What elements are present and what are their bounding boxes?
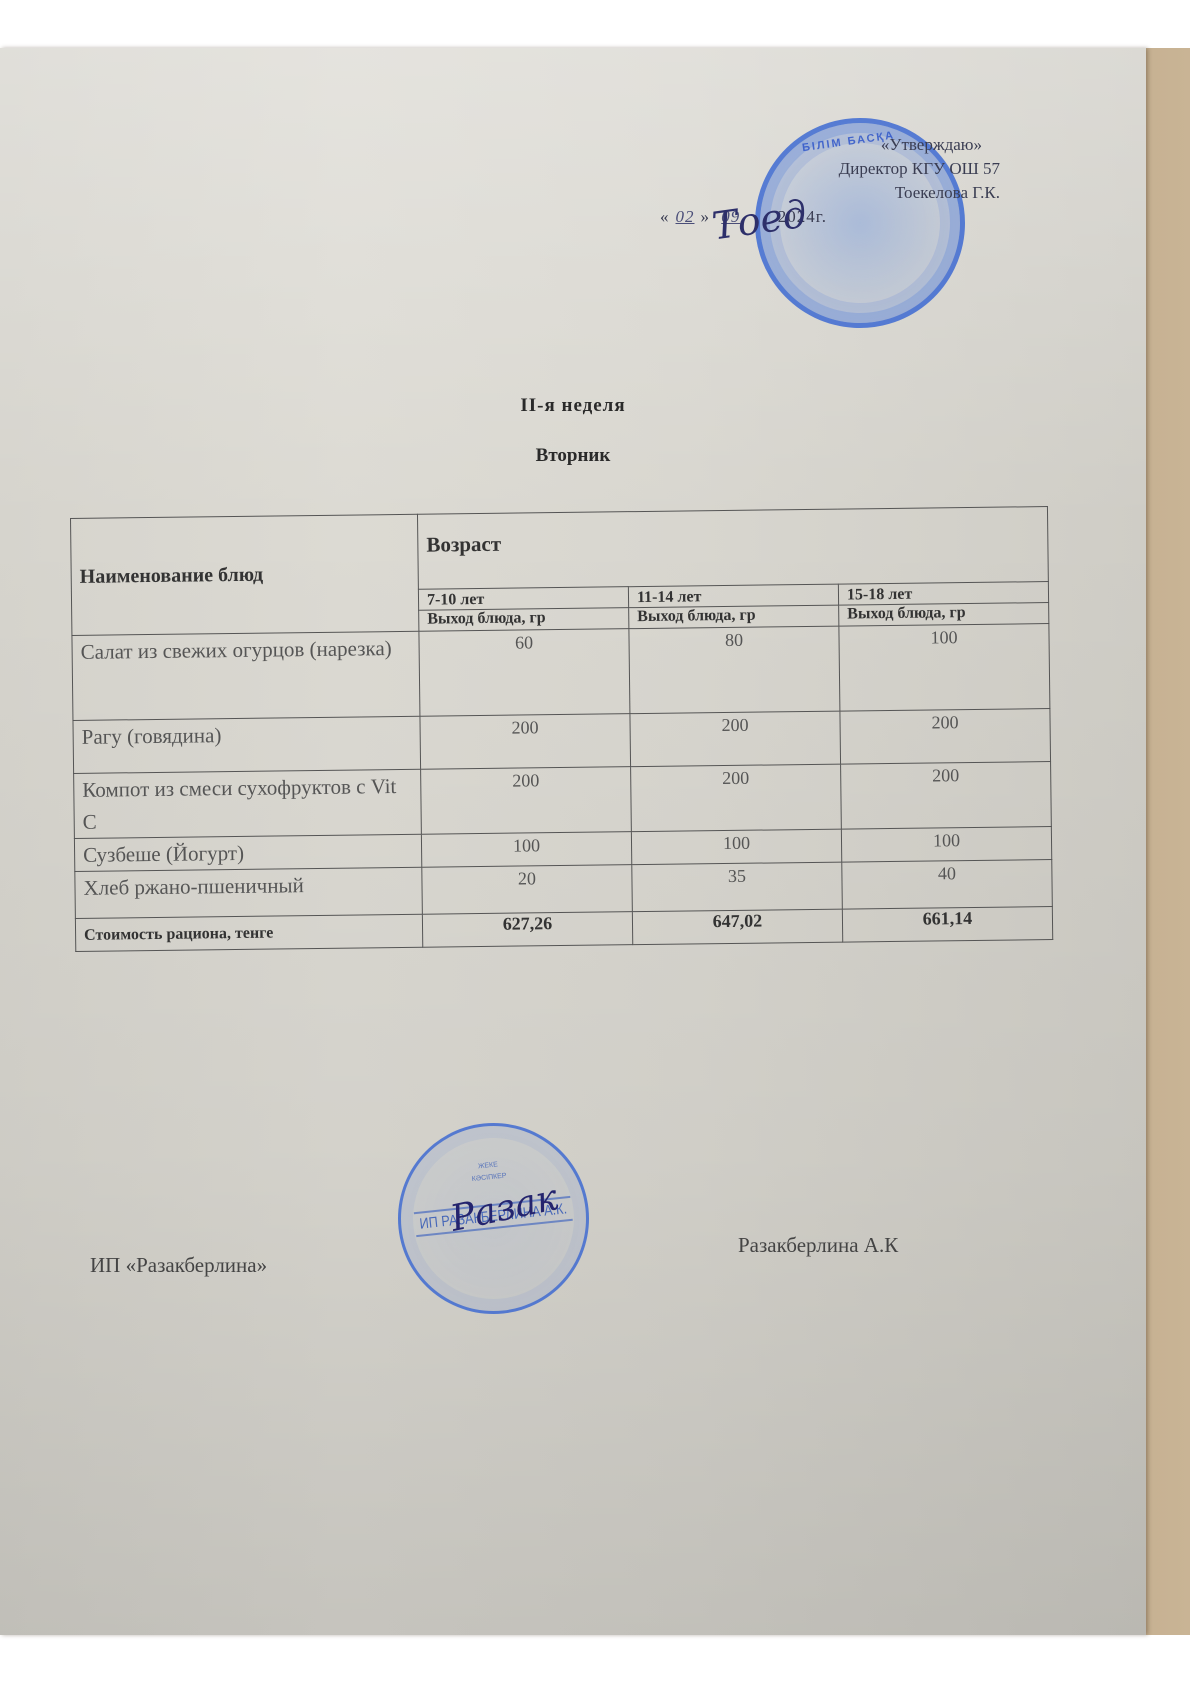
yield-header-2: Выход блюда, гр [629,605,839,629]
document-page: БІЛІМ БАСҚА «Утверждаю» Директор КГУ ОШ … [0,48,1146,1635]
total-value: 647,02 [632,909,842,945]
yield-value: 200 [840,709,1051,765]
dish-name: Компот из смеси сухофруктов с Vit C [74,769,422,838]
yield-value: 60 [419,629,630,717]
yield-value: 40 [842,860,1053,910]
age-group-2: 11-14 лет [628,584,838,608]
yield-value: 100 [839,624,1050,712]
age-group-1: 7-10 лет [418,587,628,611]
entrepreneur-name: ИП «Разакберлина» [90,1253,267,1278]
total-label: Стоимость рациона, тенге [75,914,422,951]
yield-header-3: Выход блюда, гр [839,603,1049,627]
dish-name: Сузбеше (Йогурт) [74,834,421,871]
dish-name: Хлеб ржано-пшеничный [75,867,423,918]
approval-date-day: 02 [670,207,701,226]
week-title: II-я неделя [0,395,1146,417]
header-row-age: Наименование блюд Возраст [71,507,1049,594]
yield-value: 80 [629,626,840,714]
yield-value: 200 [631,764,842,832]
age-group-3: 15-18 лет [838,582,1048,606]
approval-heading: «Утверждаю» [760,133,1000,157]
table-row: Салат из свежих огурцов (нарезка) 60 80 … [72,624,1050,721]
yield-value: 200 [630,711,841,767]
photo-background: БІЛІМ БАСҚА «Утверждаю» Директор КГУ ОШ … [0,48,1190,1635]
day-title: Вторник [0,445,1146,467]
yield-value: 100 [841,827,1051,863]
yield-value: 200 [421,767,632,835]
total-value: 661,14 [842,907,1052,943]
menu-table: Наименование блюд Возраст 7-10 лет 11-14… [70,506,1053,952]
approval-date: «02» 09 2024г. [660,205,960,229]
dish-name-header: Наименование блюд [71,514,419,635]
signatory-name: Разакберлина А.К [738,1233,898,1258]
age-header: Возраст [417,507,1048,590]
dish-name: Рагу (говядина) [73,716,421,773]
yield-value: 100 [631,829,841,865]
yield-header-1: Выход блюда, гр [419,608,629,632]
total-value: 627,26 [422,912,632,948]
dish-name: Салат из свежих огурцов (нарезка) [72,631,420,720]
yield-value: 100 [421,832,631,868]
yield-value: 200 [420,714,631,770]
yield-value: 35 [632,862,843,912]
approval-director: Директор КГУ ОШ 57 [760,157,1000,181]
yield-value: 20 [422,865,633,915]
table-row: Компот из смеси сухофруктов с Vit C 200 … [74,762,1052,839]
yield-value: 200 [841,762,1052,830]
